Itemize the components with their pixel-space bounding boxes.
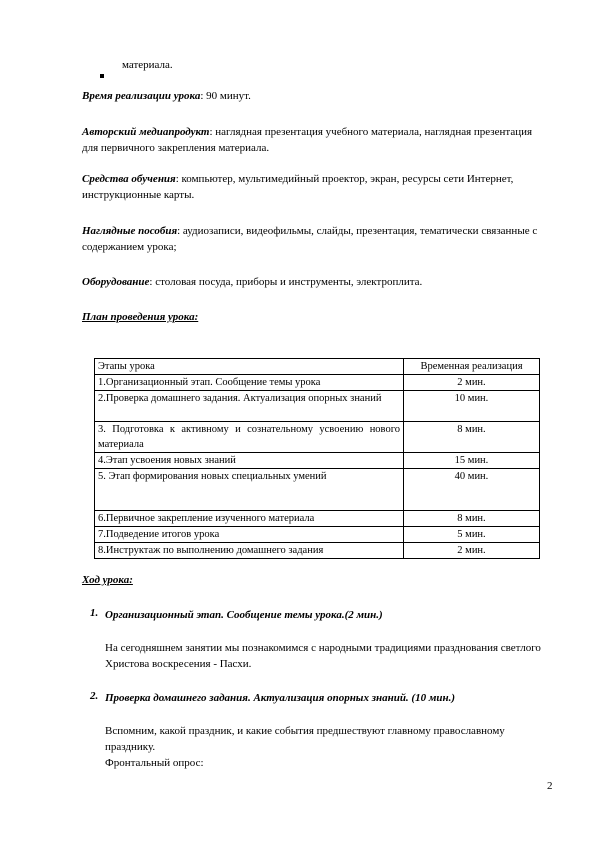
tools-label: Средства обучения (82, 173, 176, 185)
stage-cell: 4.Этап усвоения новых знаний (95, 453, 404, 469)
lesson-plan-table: Этапы урока Временная реализация 1.Орган… (94, 358, 540, 559)
time-cell: 8 мин. (404, 422, 540, 453)
equipment-line: Оборудование: столовая посуда, приборы и… (82, 274, 542, 290)
table-row: 2.Проверка домашнего задания. Актуализац… (95, 391, 540, 422)
aids-paragraph: Наглядные пособия: аудиозаписи, видеофил… (82, 223, 542, 255)
stage-cell: 8.Инструктаж по выполнению домашнего зад… (95, 543, 404, 559)
stage-cell: 6.Первичное закрепление изученного матер… (95, 511, 404, 527)
section-2-text: Вспомним, какой праздник, и какие событи… (105, 723, 542, 755)
table-row: 1.Организационный этап. Сообщение темы у… (95, 375, 540, 391)
header-stages: Этапы урока (95, 359, 404, 375)
time-cell: 40 мин. (404, 469, 540, 511)
time-cell: 8 мин. (404, 511, 540, 527)
section-2-title: Проверка домашнего задания. Актуализация… (105, 690, 542, 706)
time-cell: 10 мин. (404, 391, 540, 422)
header-time: Временная реализация (404, 359, 540, 375)
stage-cell: 5. Этап формирования новых специальных у… (95, 469, 404, 511)
page-number: 2 (547, 780, 553, 792)
media-label: Авторский медиапродукт (82, 126, 209, 138)
time-label: Время реализации урока (82, 90, 200, 102)
table-row: 8.Инструктаж по выполнению домашнего зад… (95, 543, 540, 559)
table-row: 4.Этап усвоения новых знаний 15 мин. (95, 453, 540, 469)
time-cell: 2 мин. (404, 543, 540, 559)
section-1-text: На сегодняшнем занятии мы познакомимся с… (105, 640, 542, 672)
section-2-number: 2. (90, 690, 98, 702)
stage-cell: 1.Организационный этап. Сообщение темы у… (95, 375, 404, 391)
stage-cell: 7.Подведение итогов урока (95, 527, 404, 543)
table-row: 7.Подведение итогов урока 5 мин. (95, 527, 540, 543)
table-row: 5. Этап формирования новых специальных у… (95, 469, 540, 511)
time-cell: 2 мин. (404, 375, 540, 391)
table-row: 3. Подготовка к активному и сознательном… (95, 422, 540, 453)
time-value: : 90 минут. (200, 90, 251, 102)
equipment-label: Оборудование (82, 276, 149, 288)
stage-cell: 3. Подготовка к активному и сознательном… (95, 422, 404, 453)
time-line: Время реализации урока: 90 минут. (82, 88, 542, 104)
continuation-text: материала. (122, 57, 582, 73)
media-paragraph: Авторский медиапродукт: наглядная презен… (82, 124, 542, 156)
section-1-number: 1. (90, 607, 98, 619)
tools-paragraph: Средства обучения: компьютер, мультимеди… (82, 171, 542, 203)
time-cell: 15 мин. (404, 453, 540, 469)
equipment-value: : столовая посуда, приборы и инструменты… (149, 276, 422, 288)
aids-label: Наглядные пособия (82, 225, 177, 237)
bullet-icon (100, 74, 104, 78)
time-cell: 5 мин. (404, 527, 540, 543)
section-2-text2: Фронтальный опрос: (105, 755, 542, 771)
course-heading: Ход урока: (82, 572, 542, 588)
section-1-title: Организационный этап. Сообщение темы уро… (105, 607, 542, 623)
table-header-row: Этапы урока Временная реализация (95, 359, 540, 375)
stage-cell: 2.Проверка домашнего задания. Актуализац… (95, 391, 404, 422)
table-row: 6.Первичное закрепление изученного матер… (95, 511, 540, 527)
plan-heading: План проведения урока: (82, 309, 542, 325)
